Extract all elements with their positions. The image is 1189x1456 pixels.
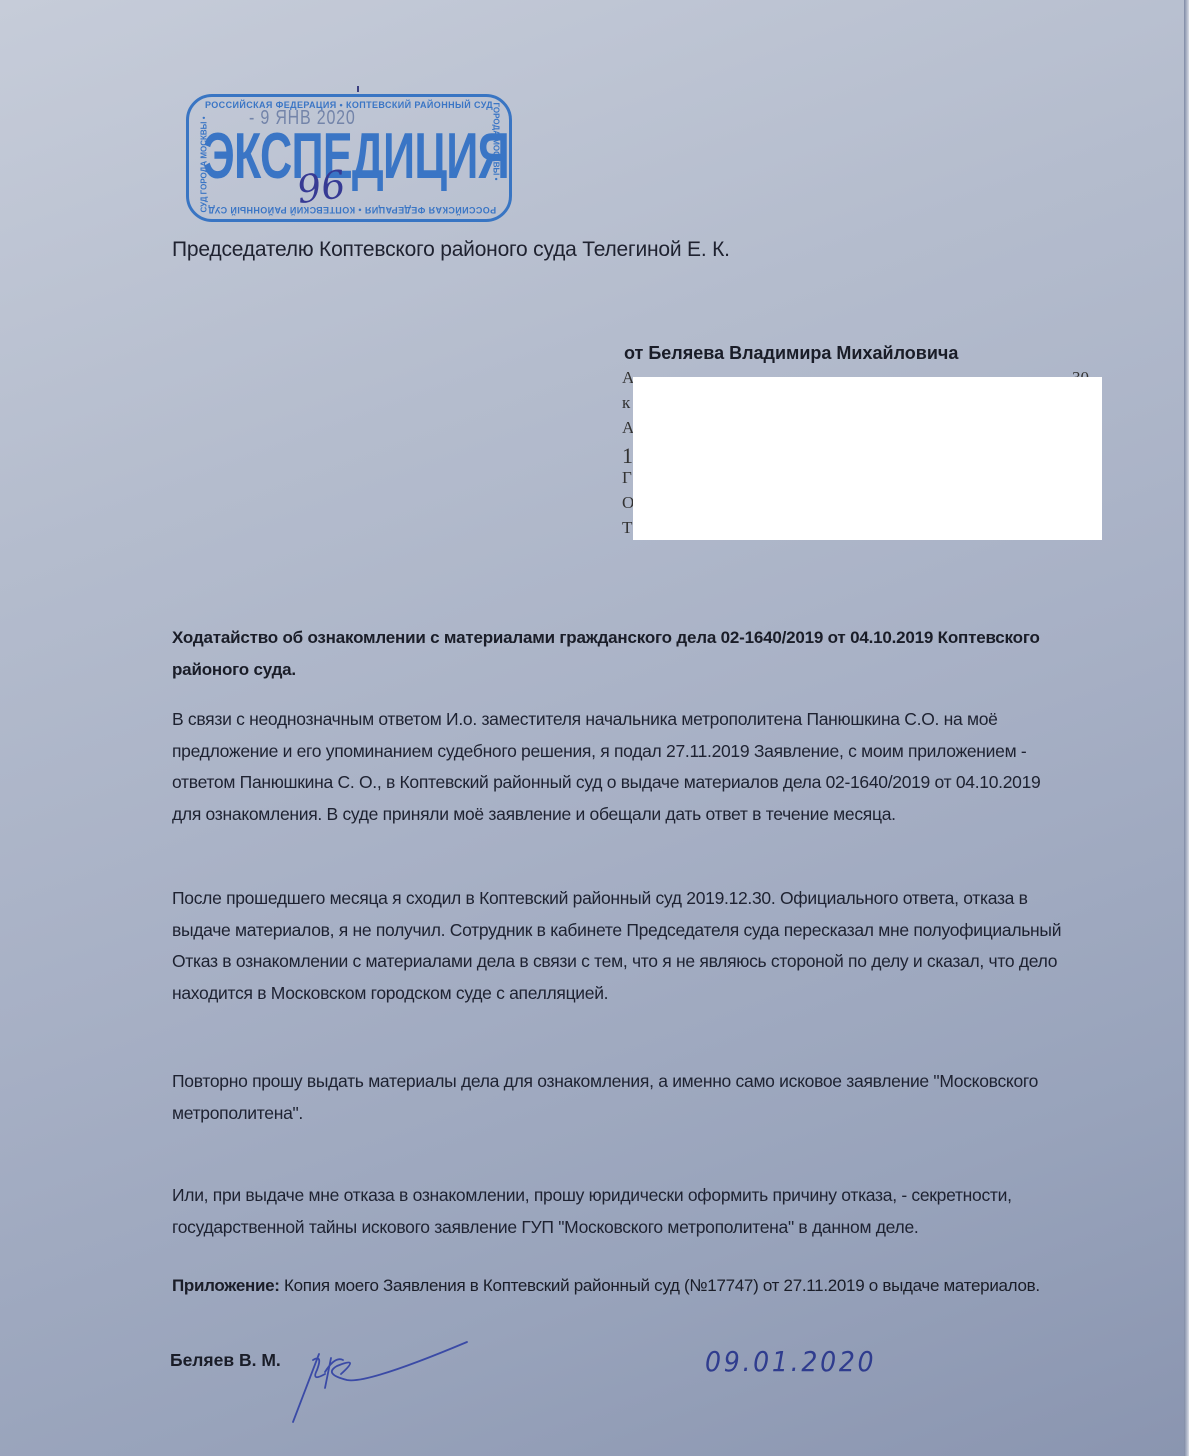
- document-title: Ходатайство об ознакомлении с материалам…: [172, 622, 1052, 686]
- expedition-stamp: РОССИЙСКАЯ ФЕДЕРАЦИЯ • КОПТЕВСКИЙ РАЙОНН…: [186, 94, 512, 222]
- stamp-ring-bottom: РОССИЙСКАЯ ФЕДЕРАЦИЯ • КОПТЕВСКИЙ РАЙОНН…: [205, 205, 499, 215]
- paragraph: Или, при выдаче мне отказа в ознакомлени…: [172, 1180, 1107, 1243]
- sender-name: от Беляева Владимира Михайловича: [624, 343, 958, 364]
- signer-name: Беляев В. М.: [170, 1350, 281, 1371]
- paragraph: После прошедшего месяца я сходил в Копте…: [172, 883, 1062, 1009]
- redaction-box: [633, 377, 1102, 540]
- handwritten-date: 09.01.2020: [705, 1345, 876, 1378]
- paragraph: Повторно прошу выдать материалы дела для…: [172, 1066, 1062, 1129]
- attachment-note: Приложение: Копия моего Заявления в Копт…: [172, 1270, 1107, 1301]
- attachment-text: Копия моего Заявления в Коптевский район…: [280, 1276, 1040, 1295]
- signature: [285, 1340, 485, 1430]
- stamp-title: ЭКСПЕДИЦИЯ: [203, 119, 509, 194]
- paragraph: В связи с неоднозначным ответом И.о. зам…: [172, 704, 1062, 830]
- attachment-label: Приложение:: [172, 1276, 280, 1295]
- handwritten-incoming-number: 96: [294, 162, 348, 212]
- paper-edge: [1184, 0, 1189, 1456]
- addressee: Председателю Коптевского районого суда Т…: [172, 238, 730, 262]
- pen-mark: [357, 86, 359, 92]
